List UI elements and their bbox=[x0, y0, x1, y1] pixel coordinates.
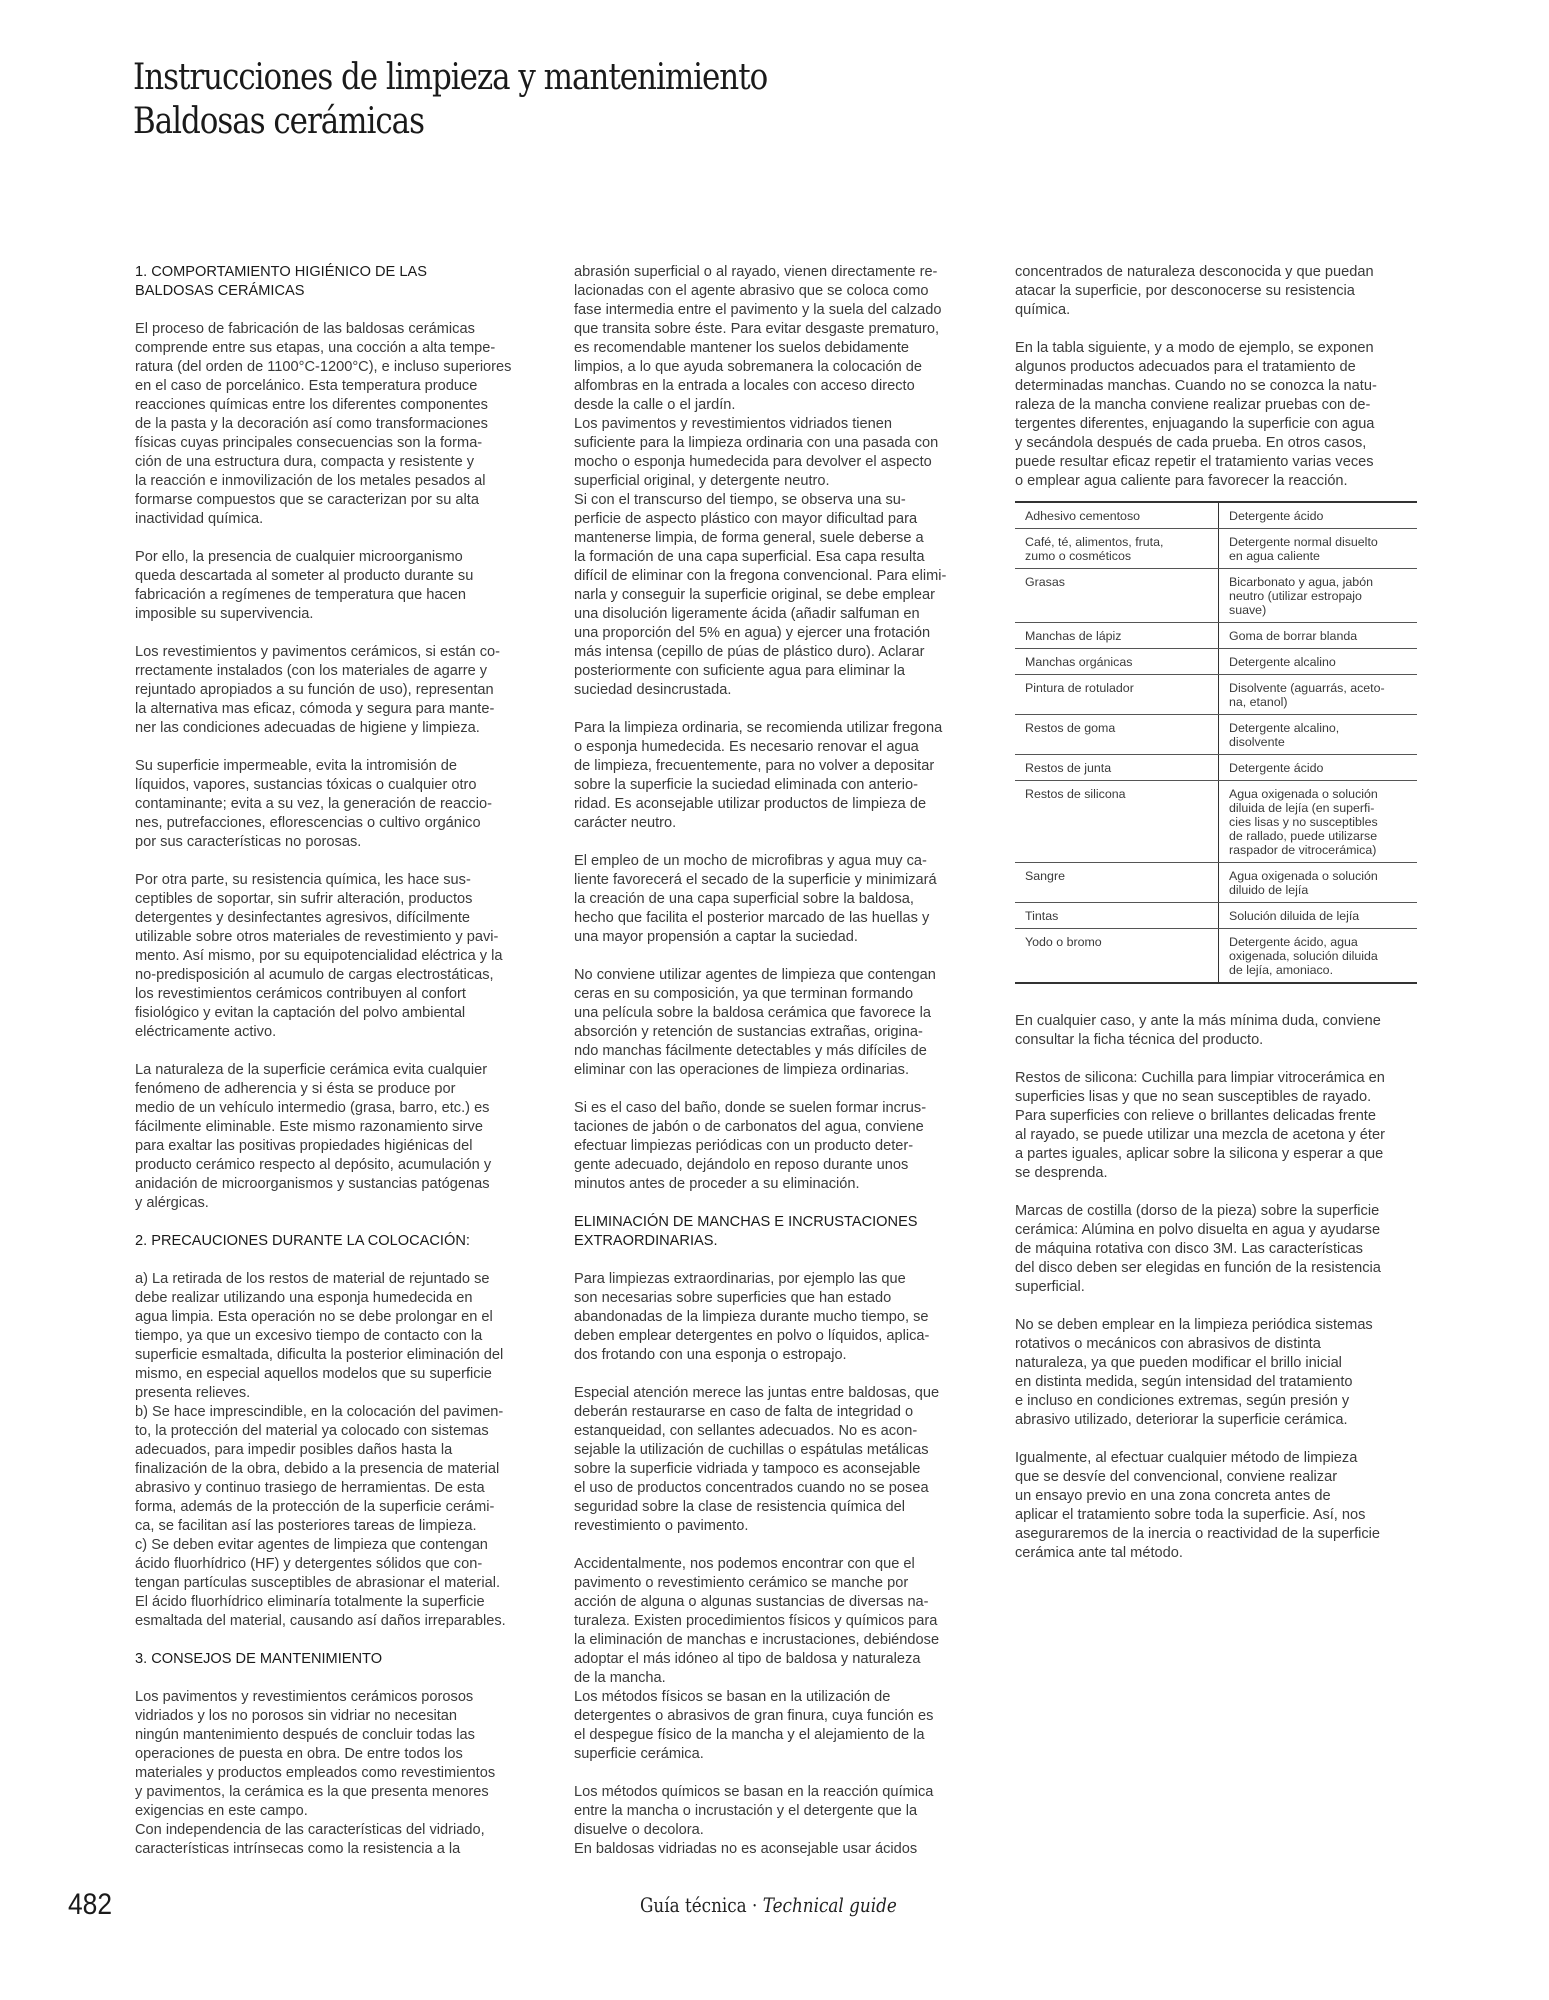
section-heading-stains: ELIMINACIÓN DE MANCHAS E INCRUSTACIONES … bbox=[574, 1213, 982, 1251]
table-row: Yodo o bromoDetergente ácido, agua oxige… bbox=[1015, 929, 1417, 984]
paragraph: concentrados de naturaleza desconocida y… bbox=[1015, 263, 1423, 320]
table-row: Restos de siliconaAgua oxigenada o soluc… bbox=[1015, 781, 1417, 863]
stain-cell: Manchas orgánicas bbox=[1015, 649, 1219, 675]
stain-cell: Yodo o bromo bbox=[1015, 929, 1219, 984]
stain-treatment-table: Adhesivo cementosoDetergente ácido Café,… bbox=[1015, 501, 1417, 984]
paragraph: Accidentalmente, nos podemos encontrar c… bbox=[574, 1555, 982, 1764]
table-row: Adhesivo cementosoDetergente ácido bbox=[1015, 502, 1417, 529]
treatment-cell: Detergente alcalino, disolvente bbox=[1219, 715, 1418, 755]
treatment-cell: Agua oxigenada o solución diluido de lej… bbox=[1219, 863, 1418, 903]
table-row: Restos de juntaDetergente ácido bbox=[1015, 755, 1417, 781]
footer-guide-es: Guía técnica · bbox=[640, 1893, 763, 1917]
stain-cell: Manchas de lápiz bbox=[1015, 623, 1219, 649]
paragraph: En cualquier caso, y ante la más mínima … bbox=[1015, 1012, 1423, 1050]
treatment-cell: Detergente ácido bbox=[1219, 502, 1418, 529]
footer-guide-title: Guía técnica · Technical guide bbox=[640, 1893, 897, 1917]
stain-cell: Grasas bbox=[1015, 569, 1219, 623]
paragraph: Por otra parte, su resistencia química, … bbox=[135, 871, 543, 1042]
paragraph: a) La retirada de los restos de material… bbox=[135, 1270, 543, 1631]
paragraph: El empleo de un mocho de microfibras y a… bbox=[574, 852, 982, 947]
stain-cell: Café, té, alimentos, fruta, zumo o cosmé… bbox=[1015, 529, 1219, 569]
stain-cell: Tintas bbox=[1015, 903, 1219, 929]
treatment-cell: Detergente ácido bbox=[1219, 755, 1418, 781]
table-row: Manchas de lápizGoma de borrar blanda bbox=[1015, 623, 1417, 649]
section-heading-2: 2. PRECAUCIONES DURANTE LA COLOCACIÓN: bbox=[135, 1232, 543, 1251]
page-number: 482 bbox=[68, 1888, 112, 1922]
paragraph: La naturaleza de la superficie cerámica … bbox=[135, 1061, 543, 1213]
stain-cell: Restos de goma bbox=[1015, 715, 1219, 755]
stain-cell: Restos de silicona bbox=[1015, 781, 1219, 863]
table-row: Restos de gomaDetergente alcalino, disol… bbox=[1015, 715, 1417, 755]
table-row: SangreAgua oxigenada o solución diluido … bbox=[1015, 863, 1417, 903]
stain-cell: Sangre bbox=[1015, 863, 1219, 903]
paragraph: No conviene utilizar agentes de limpieza… bbox=[574, 966, 982, 1080]
paragraph: Para la limpieza ordinaria, se recomiend… bbox=[574, 719, 982, 833]
treatment-cell: Detergente normal disuelto en agua calie… bbox=[1219, 529, 1418, 569]
table-row: Pintura de rotuladorDisolvente (aguarrás… bbox=[1015, 675, 1417, 715]
section-heading-3: 3. CONSEJOS DE MANTENIMIENTO bbox=[135, 1650, 543, 1669]
column-2: abrasión superficial o al rayado, vienen… bbox=[574, 263, 982, 1859]
paragraph: abrasión superficial o al rayado, vienen… bbox=[574, 263, 982, 700]
table-row: Manchas orgánicasDetergente alcalino bbox=[1015, 649, 1417, 675]
column-3: concentrados de naturaleza desconocida y… bbox=[1015, 263, 1423, 1563]
paragraph: Su superficie impermeable, evita la intr… bbox=[135, 757, 543, 852]
paragraph: No se deben emplear en la limpieza perió… bbox=[1015, 1316, 1423, 1430]
paragraph: Para limpiezas extraordinarias, por ejem… bbox=[574, 1270, 982, 1365]
paragraph: Los pavimentos y revestimientos cerámico… bbox=[135, 1688, 543, 1859]
footer-guide-en: Technical guide bbox=[763, 1893, 897, 1917]
paragraph: Si es el caso del baño, donde se suelen … bbox=[574, 1099, 982, 1194]
paragraph: Los revestimientos y pavimentos cerámico… bbox=[135, 643, 543, 738]
paragraph: Especial atención merece las juntas entr… bbox=[574, 1384, 982, 1536]
paragraph: Restos de silicona: Cuchilla para limpia… bbox=[1015, 1069, 1423, 1183]
treatment-cell: Bicarbonato y agua, jabón neutro (utiliz… bbox=[1219, 569, 1418, 623]
treatment-cell: Solución diluida de lejía bbox=[1219, 903, 1418, 929]
paragraph: Los métodos químicos se basan en la reac… bbox=[574, 1783, 982, 1859]
table-row: Café, té, alimentos, fruta, zumo o cosmé… bbox=[1015, 529, 1417, 569]
treatment-cell: Detergente alcalino bbox=[1219, 649, 1418, 675]
stain-cell: Pintura de rotulador bbox=[1015, 675, 1219, 715]
treatment-cell: Disolvente (aguarrás, aceto- na, etanol) bbox=[1219, 675, 1418, 715]
paragraph: Por ello, la presencia de cualquier micr… bbox=[135, 548, 543, 624]
column-1: 1. COMPORTAMIENTO HIGIÉNICO DE LAS BALDO… bbox=[135, 263, 543, 1859]
treatment-cell: Goma de borrar blanda bbox=[1219, 623, 1418, 649]
page-title: Instrucciones de limpieza y mantenimient… bbox=[133, 56, 767, 144]
table-row: GrasasBicarbonato y agua, jabón neutro (… bbox=[1015, 569, 1417, 623]
paragraph: El proceso de fabricación de las baldosa… bbox=[135, 320, 543, 529]
page-title-line1: Instrucciones de limpieza y mantenimient… bbox=[133, 56, 767, 100]
paragraph: En la tabla siguiente, y a modo de ejemp… bbox=[1015, 339, 1423, 491]
paragraph: Igualmente, al efectuar cualquier método… bbox=[1015, 1449, 1423, 1563]
treatment-cell: Detergente ácido, agua oxigenada, soluci… bbox=[1219, 929, 1418, 984]
stain-cell: Restos de junta bbox=[1015, 755, 1219, 781]
page-subtitle: Baldosas cerámicas bbox=[133, 100, 767, 144]
stain-cell: Adhesivo cementoso bbox=[1015, 502, 1219, 529]
paragraph: Marcas de costilla (dorso de la pieza) s… bbox=[1015, 1202, 1423, 1297]
treatment-cell: Agua oxigenada o solución diluida de lej… bbox=[1219, 781, 1418, 863]
table-row: TintasSolución diluida de lejía bbox=[1015, 903, 1417, 929]
section-heading-1: 1. COMPORTAMIENTO HIGIÉNICO DE LAS BALDO… bbox=[135, 263, 543, 301]
